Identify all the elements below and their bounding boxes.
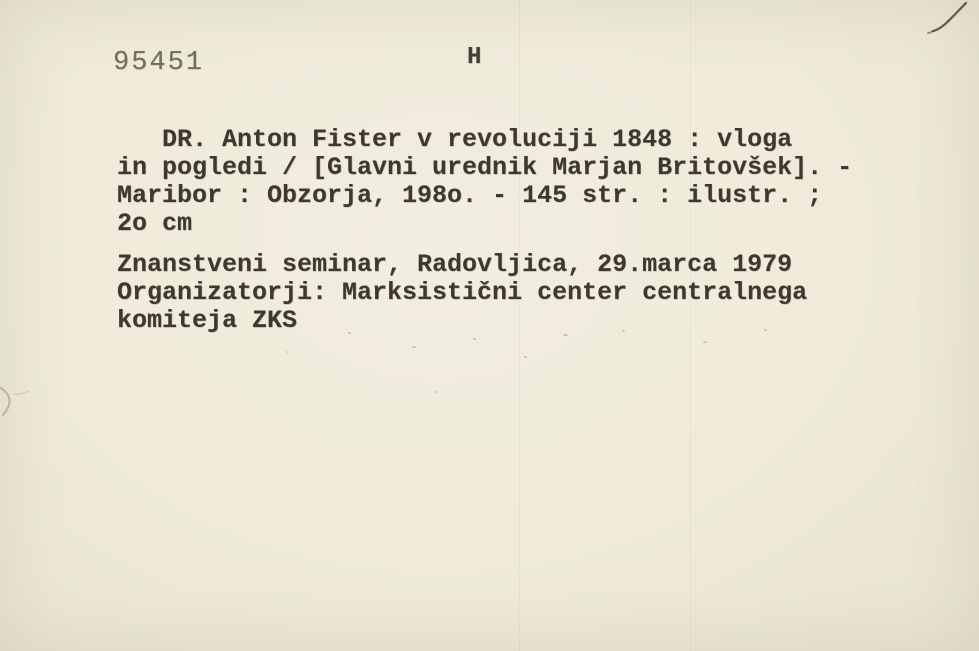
paper-speck [764,329,767,331]
paper-speck [286,351,289,353]
paper-speck [412,346,416,348]
paper-speck [622,330,625,332]
paper-speck [348,332,351,334]
paper-speck [434,391,437,393]
bib-line-editor: in pogledi / [Glavni urednik Marjan Brit… [117,154,852,182]
catalog-card: 95451 H DR. Anton Fister v revoluciji 18… [0,0,979,651]
bib-line-size: 2o cm [117,210,852,238]
paper-speck [703,341,707,343]
paper-speck [473,338,476,340]
inventory-number: 95451 [113,48,204,78]
note-line-organizers: Organizatorji: Marksistični center centr… [117,279,807,307]
bib-line-publication: Maribor : Obzorja, 198o. - 145 str. : il… [117,182,852,210]
paper-speck [524,356,527,358]
pen-stroke-tail [928,31,933,33]
bib-line-title: DR. Anton Fister v revoluciji 1848 : vlo… [117,126,852,154]
pen-stroke-mark [933,3,966,31]
bibliographic-description: DR. Anton Fister v revoluciji 1848 : vlo… [117,126,852,238]
seminar-note: Znanstveni seminar, Radovljica, 29.marca… [117,251,807,335]
left-edge-mark [1,388,10,415]
paper-speck [563,334,568,336]
note-line-seminar: Znanstveni seminar, Radovljica, 29.marca… [117,251,807,279]
heading-letter: H [467,44,481,71]
note-line-committee: komiteja ZKS [117,307,807,335]
left-edge-scribble [14,391,28,394]
